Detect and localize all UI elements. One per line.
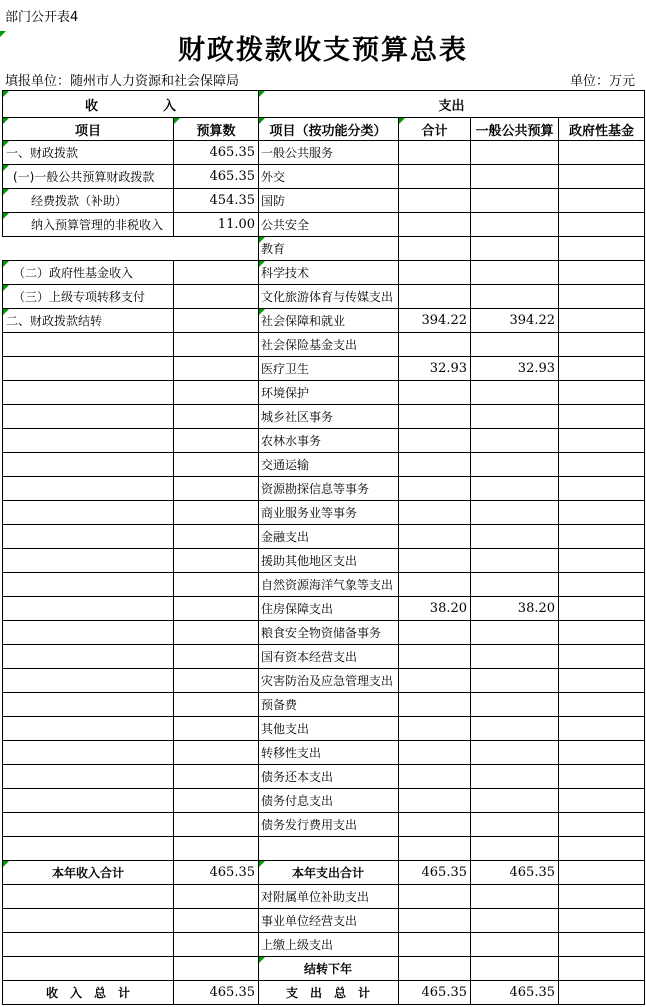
expense-total-cell: [399, 549, 471, 573]
expense-general-budget-cell: [471, 789, 559, 813]
expense-general-budget-cell: [471, 669, 559, 693]
table-row: （二）政府性基金收入科学技术: [3, 261, 645, 285]
income-item-cell: [3, 453, 174, 477]
expense-total-cell: 394.22: [399, 309, 471, 333]
column-header-income-item: 项目: [3, 118, 174, 141]
table-row: 城乡社区事务: [3, 405, 645, 429]
expense-gov-fund-cell: [559, 717, 645, 741]
expense-item-cell: 结转下年: [259, 957, 399, 981]
income-item-cell: 收 入 总 计: [3, 981, 174, 1005]
table-row: 债务发行费用支出: [3, 813, 645, 837]
expense-general-budget-cell: [471, 333, 559, 357]
table-row: 医疗卫生32.9332.93: [3, 357, 645, 381]
expense-item-cell: 文化旅游体育与传媒支出: [259, 285, 399, 309]
expense-item-cell: 商业服务业等事务: [259, 501, 399, 525]
expense-general-budget-cell: [471, 165, 559, 189]
income-budget-cell: 465.35: [174, 981, 259, 1005]
expense-general-budget-cell: 465.35: [471, 861, 559, 885]
income-item-cell: [3, 717, 174, 741]
income-budget-cell: [174, 405, 259, 429]
income-item-cell: [3, 549, 174, 573]
income-item-cell: [3, 813, 174, 837]
income-item-cell: 纳入预算管理的非税收入: [3, 213, 174, 237]
table-row: 收 入 总 计465.35支 出 总 计465.35465.35: [3, 981, 645, 1005]
expense-total-cell: 465.35: [399, 981, 471, 1005]
income-item-cell: [3, 405, 174, 429]
expense-item-cell: 灾害防治及应急管理支出: [259, 669, 399, 693]
table-row: 教育: [3, 237, 645, 261]
expense-total-cell: [399, 765, 471, 789]
income-budget-cell: [174, 573, 259, 597]
expense-item-cell: 环境保护: [259, 381, 399, 405]
income-budget-cell: [174, 645, 259, 669]
table-row: 粮食安全物资储备事务: [3, 621, 645, 645]
expense-gov-fund-cell: [559, 189, 645, 213]
expense-general-budget-cell: [471, 429, 559, 453]
expense-general-budget-cell: [471, 453, 559, 477]
expense-total-cell: 38.20: [399, 597, 471, 621]
income-item-cell: [3, 909, 174, 933]
income-budget-cell: [174, 357, 259, 381]
expense-total-cell: [399, 261, 471, 285]
expense-total-cell: [399, 957, 471, 981]
column-header-gov-fund: 政府性基金: [559, 118, 645, 141]
expense-item-cell: 医疗卫生: [259, 357, 399, 381]
income-budget-cell: 465.35: [174, 861, 259, 885]
expense-total-cell: [399, 717, 471, 741]
expense-gov-fund-cell: [559, 429, 645, 453]
expense-gov-fund-cell: [559, 813, 645, 837]
table-row: 其他支出: [3, 717, 645, 741]
expense-general-budget-cell: [471, 621, 559, 645]
expense-total-cell: [399, 477, 471, 501]
expense-item-cell: 其他支出: [259, 717, 399, 741]
income-item-cell: [3, 237, 174, 261]
income-budget-cell: [174, 813, 259, 837]
table-row: 援助其他地区支出: [3, 549, 645, 573]
expense-gov-fund-cell: [559, 741, 645, 765]
page-title: 财政拨款收支预算总表: [0, 28, 646, 67]
expense-item-cell: 住房保障支出: [259, 597, 399, 621]
expense-general-budget-cell: [471, 213, 559, 237]
income-item-cell: [3, 957, 174, 981]
expense-item-cell: 资源勘探信息等事务: [259, 477, 399, 501]
table-row: 环境保护: [3, 381, 645, 405]
table-row: （三）上级专项转移支付文化旅游体育与传媒支出: [3, 285, 645, 309]
band-header-row: 收 入 支出: [3, 91, 645, 118]
expense-total-cell: [399, 621, 471, 645]
column-header-total: 合计: [399, 118, 471, 141]
expense-item-cell: 国防: [259, 189, 399, 213]
expense-total-cell: [399, 669, 471, 693]
expense-item-cell: 粮食安全物资储备事务: [259, 621, 399, 645]
unit-note-label: 单位：万元: [570, 70, 635, 89]
income-item-cell: [3, 357, 174, 381]
expense-gov-fund-cell: [559, 453, 645, 477]
income-item-cell: [3, 765, 174, 789]
income-budget-cell: [174, 837, 259, 861]
expense-general-budget-cell: [471, 573, 559, 597]
table-row: [3, 837, 645, 861]
expense-item-cell: 城乡社区事务: [259, 405, 399, 429]
expense-gov-fund-cell: [559, 165, 645, 189]
expense-total-cell: 465.35: [399, 861, 471, 885]
table-row: 事业单位经营支出: [3, 909, 645, 933]
expense-gov-fund-cell: [559, 141, 645, 165]
income-item-cell: [3, 741, 174, 765]
income-item-cell: [3, 381, 174, 405]
income-item-cell: 本年收入合计: [3, 861, 174, 885]
income-budget-cell: [174, 741, 259, 765]
income-budget-cell: [174, 717, 259, 741]
income-item-cell: [3, 621, 174, 645]
income-budget-cell: [174, 525, 259, 549]
income-band-header: 收 入: [3, 91, 259, 118]
expense-gov-fund-cell: [559, 381, 645, 405]
column-header-general-budget: 一般公共预算: [471, 118, 559, 141]
expense-general-budget-cell: [471, 693, 559, 717]
table-row: 纳入预算管理的非税收入11.00公共安全: [3, 213, 645, 237]
report-unit-label: 填报单位：随州市人力资源和社会保障局: [5, 70, 239, 89]
expense-gov-fund-cell: [559, 693, 645, 717]
income-budget-cell: [174, 429, 259, 453]
expense-general-budget-cell: [471, 933, 559, 957]
expense-item-cell: 事业单位经营支出: [259, 909, 399, 933]
expense-general-budget-cell: [471, 381, 559, 405]
income-item-cell: [3, 525, 174, 549]
expense-item-cell: 债务付息支出: [259, 789, 399, 813]
expense-item-cell: 债务发行费用支出: [259, 813, 399, 837]
expense-gov-fund-cell: [559, 765, 645, 789]
expense-item-cell: 交通运输: [259, 453, 399, 477]
expense-general-budget-cell: [471, 837, 559, 861]
expense-total-cell: [399, 285, 471, 309]
income-budget-cell: 465.35: [174, 165, 259, 189]
expense-general-budget-cell: [471, 885, 559, 909]
expense-general-budget-cell: 32.93: [471, 357, 559, 381]
column-header-row: 项目 预算数 项目（按功能分类） 合计 一般公共预算 政府性基金: [3, 118, 645, 141]
expense-general-budget-cell: 38.20: [471, 597, 559, 621]
expense-total-cell: [399, 837, 471, 861]
expense-item-cell: 科学技术: [259, 261, 399, 285]
expense-total-cell: [399, 645, 471, 669]
expense-general-budget-cell: [471, 189, 559, 213]
expense-item-cell: 援助其他地区支出: [259, 549, 399, 573]
income-item-cell: [3, 333, 174, 357]
budget-table-body: 一、财政拨款465.35一般公共服务(一)一般公共预算财政拨款465.35外交经…: [3, 141, 645, 1005]
income-budget-cell: [174, 909, 259, 933]
expense-item-cell: 自然资源海洋气象等支出: [259, 573, 399, 597]
income-item-cell: [3, 573, 174, 597]
table-row: 交通运输: [3, 453, 645, 477]
doc-label: 部门公开表4: [5, 6, 78, 25]
expense-item-cell: 对附属单位补助支出: [259, 885, 399, 909]
income-budget-cell: 11.00: [174, 213, 259, 237]
income-item-cell: [3, 669, 174, 693]
expense-gov-fund-cell: [559, 981, 645, 1005]
expense-item-cell: 金融支出: [259, 525, 399, 549]
expense-gov-fund-cell: [559, 525, 645, 549]
expense-gov-fund-cell: [559, 357, 645, 381]
expense-total-cell: [399, 333, 471, 357]
table-row: 灾害防治及应急管理支出: [3, 669, 645, 693]
income-budget-cell: [174, 789, 259, 813]
table-row: 金融支出: [3, 525, 645, 549]
expense-general-budget-cell: 465.35: [471, 981, 559, 1005]
expense-total-cell: [399, 789, 471, 813]
income-budget-cell: [174, 549, 259, 573]
expense-total-cell: 32.93: [399, 357, 471, 381]
expense-gov-fund-cell: [559, 789, 645, 813]
expense-item-cell: 上缴上级支出: [259, 933, 399, 957]
expense-item-cell: 支 出 总 计: [259, 981, 399, 1005]
expense-item-cell: 本年支出合计: [259, 861, 399, 885]
income-item-cell: [3, 597, 174, 621]
expense-item-cell: 债务还本支出: [259, 765, 399, 789]
table-row: 转移性支出: [3, 741, 645, 765]
expense-item-cell: 农林水事务: [259, 429, 399, 453]
table-row: 农林水事务: [3, 429, 645, 453]
table-row: (一)一般公共预算财政拨款465.35外交: [3, 165, 645, 189]
expense-gov-fund-cell: [559, 861, 645, 885]
expense-general-budget-cell: [471, 285, 559, 309]
expense-total-cell: [399, 405, 471, 429]
expense-band-header: 支出: [259, 91, 645, 118]
expense-item-cell: 社会保险基金支出: [259, 333, 399, 357]
table-row: 经费拨款（补助）454.35国防: [3, 189, 645, 213]
table-row: 社会保险基金支出: [3, 333, 645, 357]
expense-gov-fund-cell: [559, 237, 645, 261]
expense-gov-fund-cell: [559, 909, 645, 933]
income-item-cell: [3, 837, 174, 861]
income-budget-cell: [174, 693, 259, 717]
expense-general-budget-cell: [471, 813, 559, 837]
table-row: 二、财政拨款结转社会保障和就业394.22394.22: [3, 309, 645, 333]
budget-table: 收 入 支出 项目 预算数 项目（按功能分类） 合计 一般公共预算 政府性基金 …: [2, 90, 645, 1005]
expense-general-budget-cell: [471, 957, 559, 981]
expense-item-cell: 社会保障和就业: [259, 309, 399, 333]
expense-gov-fund-cell: [559, 333, 645, 357]
income-budget-cell: 454.35: [174, 189, 259, 213]
table-row: 住房保障支出38.2038.20: [3, 597, 645, 621]
expense-total-cell: [399, 189, 471, 213]
table-row: 本年收入合计465.35本年支出合计465.35465.35: [3, 861, 645, 885]
expense-total-cell: [399, 453, 471, 477]
expense-gov-fund-cell: [559, 573, 645, 597]
income-item-cell: 二、财政拨款结转: [3, 309, 174, 333]
expense-general-budget-cell: [471, 141, 559, 165]
income-item-cell: (一)一般公共预算财政拨款: [3, 165, 174, 189]
table-row: 自然资源海洋气象等支出: [3, 573, 645, 597]
expense-total-cell: [399, 933, 471, 957]
expense-gov-fund-cell: [559, 933, 645, 957]
expense-total-cell: [399, 573, 471, 597]
income-item-cell: [3, 885, 174, 909]
expense-item-cell: 转移性支出: [259, 741, 399, 765]
expense-total-cell: [399, 165, 471, 189]
expense-total-cell: [399, 741, 471, 765]
table-row: 资源勘探信息等事务: [3, 477, 645, 501]
expense-gov-fund-cell: [559, 501, 645, 525]
expense-item-cell: 教育: [259, 237, 399, 261]
expense-general-budget-cell: [471, 477, 559, 501]
expense-total-cell: [399, 237, 471, 261]
income-budget-cell: [174, 381, 259, 405]
expense-total-cell: [399, 909, 471, 933]
expense-gov-fund-cell: [559, 285, 645, 309]
expense-total-cell: [399, 693, 471, 717]
expense-general-budget-cell: [471, 717, 559, 741]
expense-total-cell: [399, 813, 471, 837]
expense-gov-fund-cell: [559, 837, 645, 861]
income-budget-cell: [174, 453, 259, 477]
expense-gov-fund-cell: [559, 669, 645, 693]
expense-item-cell: 国有资本经营支出: [259, 645, 399, 669]
expense-gov-fund-cell: [559, 645, 645, 669]
income-item-cell: 一、财政拨款: [3, 141, 174, 165]
expense-total-cell: [399, 501, 471, 525]
table-row: 预备费: [3, 693, 645, 717]
income-budget-cell: [174, 309, 259, 333]
expense-total-cell: [399, 885, 471, 909]
table-row: 结转下年: [3, 957, 645, 981]
income-budget-cell: [174, 621, 259, 645]
income-budget-cell: [174, 885, 259, 909]
table-row: 对附属单位补助支出: [3, 885, 645, 909]
expense-general-budget-cell: [471, 525, 559, 549]
table-row: 国有资本经营支出: [3, 645, 645, 669]
expense-general-budget-cell: [471, 909, 559, 933]
expense-gov-fund-cell: [559, 213, 645, 237]
expense-total-cell: [399, 141, 471, 165]
table-row: 上缴上级支出: [3, 933, 645, 957]
expense-general-budget-cell: [471, 501, 559, 525]
expense-gov-fund-cell: [559, 405, 645, 429]
income-item-cell: [3, 429, 174, 453]
income-item-cell: [3, 645, 174, 669]
income-item-cell: [3, 789, 174, 813]
expense-gov-fund-cell: [559, 549, 645, 573]
expense-general-budget-cell: [471, 765, 559, 789]
income-budget-cell: [174, 765, 259, 789]
expense-general-budget-cell: [471, 237, 559, 261]
table-row: 一、财政拨款465.35一般公共服务: [3, 141, 645, 165]
income-item-cell: [3, 933, 174, 957]
income-budget-cell: [174, 933, 259, 957]
income-item-cell: [3, 693, 174, 717]
income-budget-cell: [174, 261, 259, 285]
expense-total-cell: [399, 213, 471, 237]
expense-total-cell: [399, 381, 471, 405]
table-row: 债务还本支出: [3, 765, 645, 789]
income-budget-cell: [174, 477, 259, 501]
column-header-income-budget: 预算数: [174, 118, 259, 141]
expense-general-budget-cell: 394.22: [471, 309, 559, 333]
expense-gov-fund-cell: [559, 309, 645, 333]
income-budget-cell: [174, 957, 259, 981]
expense-general-budget-cell: [471, 741, 559, 765]
expense-gov-fund-cell: [559, 477, 645, 501]
income-budget-cell: [174, 597, 259, 621]
expense-item-cell: 外交: [259, 165, 399, 189]
expense-general-budget-cell: [471, 645, 559, 669]
expense-general-budget-cell: [471, 261, 559, 285]
income-budget-cell: [174, 501, 259, 525]
income-budget-cell: [174, 237, 259, 261]
income-budget-cell: 465.35: [174, 141, 259, 165]
expense-total-cell: [399, 525, 471, 549]
income-budget-cell: [174, 285, 259, 309]
income-budget-cell: [174, 669, 259, 693]
expense-gov-fund-cell: [559, 885, 645, 909]
expense-gov-fund-cell: [559, 621, 645, 645]
table-row: 商业服务业等事务: [3, 501, 645, 525]
expense-item-cell: 预备费: [259, 693, 399, 717]
expense-item-cell: 公共安全: [259, 213, 399, 237]
expense-total-cell: [399, 429, 471, 453]
column-header-expense-item: 项目（按功能分类）: [259, 118, 399, 141]
info-line: 填报单位：随州市人力资源和社会保障局 单位：万元: [5, 70, 635, 89]
income-item-cell: （三）上级专项转移支付: [3, 285, 174, 309]
expense-gov-fund-cell: [559, 261, 645, 285]
income-item-cell: （二）政府性基金收入: [3, 261, 174, 285]
expense-item-cell: [259, 837, 399, 861]
income-item-cell: 经费拨款（补助）: [3, 189, 174, 213]
expense-gov-fund-cell: [559, 597, 645, 621]
income-budget-cell: [174, 333, 259, 357]
expense-item-cell: 一般公共服务: [259, 141, 399, 165]
income-item-cell: [3, 501, 174, 525]
income-item-cell: [3, 477, 174, 501]
expense-general-budget-cell: [471, 549, 559, 573]
expense-general-budget-cell: [471, 405, 559, 429]
table-row: 债务付息支出: [3, 789, 645, 813]
expense-gov-fund-cell: [559, 957, 645, 981]
